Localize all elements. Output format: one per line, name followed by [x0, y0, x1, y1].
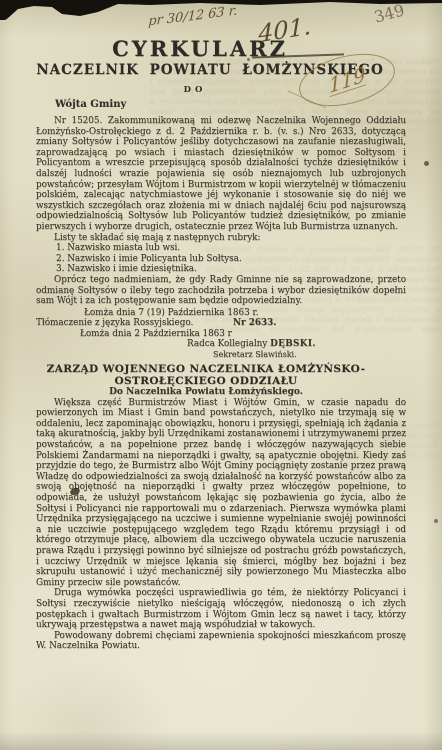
date-issued: Łomża dnia 7 (19) Października 1863 r.	[84, 308, 406, 319]
salutation-do: DO	[165, 85, 225, 95]
date-original: Łomża dnia 2 Października 1863 r	[80, 329, 406, 340]
order-paragraph-2: Druga wymówka poczęści usprawiedliwia go…	[36, 588, 406, 630]
signer-name: DĘBSKI.	[270, 339, 316, 349]
date-signature-block: Łomża dnia 7 (19) Października 1863 r. T…	[36, 308, 406, 361]
ink-speck	[434, 519, 438, 523]
circular-note-paragraph: Oprócz tego nadmieniam, że gdy Rady Gmin…	[36, 275, 406, 307]
signature-line: Radca Kollegialny DĘBSKI.	[187, 339, 406, 350]
pencil-page-number: 349	[372, 0, 406, 26]
ink-speck	[247, 58, 250, 61]
document-body: Nr 15205. Zakommunikowaną mi odezwę Nacz…	[36, 116, 406, 652]
secretary-line: Sekretarz Sławiński.	[213, 350, 406, 361]
rubric-item: 1. Nazwisko miasta lub wsi.	[56, 243, 406, 254]
order-heading-line1: ZARZĄD WOJENNEGO NACZELNIKA ŁOMŻYŃSKO-	[36, 363, 376, 375]
order-paragraph-1: Większa część Burmistrzów Miast i Wójtów…	[36, 398, 406, 589]
rubric-item: 2. Nazwisko i imie Policyanta lub Sołtys…	[56, 254, 406, 265]
handwritten-date-note: pr 30/12 63 r.	[148, 3, 238, 29]
circled-number: 119	[328, 63, 366, 96]
order-heading-line2: OSTROŁĘCKIEGO ODDZIAŁU	[36, 375, 376, 387]
reference-number: Nr 2633.	[233, 318, 276, 329]
ink-speck	[424, 161, 429, 166]
scanned-document-page: Większa część Burmistrzów Miast i Wójtów…	[0, 0, 442, 750]
order-paragraph-3: Powodowany dobremi chęciami zapewnienia …	[36, 631, 406, 652]
rubric-item: 3. Nazwisko i imie dziesiętnika.	[56, 264, 406, 275]
order-addressee: Do Naczelnika Powiatu Łomżyńskiego.	[36, 387, 376, 398]
circular-main-paragraph: Nr 15205. Zakommunikowaną mi odezwę Nacz…	[36, 116, 406, 233]
translation-row: Tłómaczenie z języka Rossyjskiego. Nr 26…	[36, 318, 406, 329]
translation-note: Tłómaczenie z języka Rossyjskiego.	[36, 318, 193, 329]
addressee-line: Wójta Gminy	[55, 99, 126, 110]
rubric-list: 1. Nazwisko miasta lub wsi. 2. Nazwisko …	[56, 243, 406, 275]
list-intro: Listy te składać się mają z następnych r…	[36, 233, 406, 244]
signer-title: Radca Kollegialny	[187, 339, 270, 349]
